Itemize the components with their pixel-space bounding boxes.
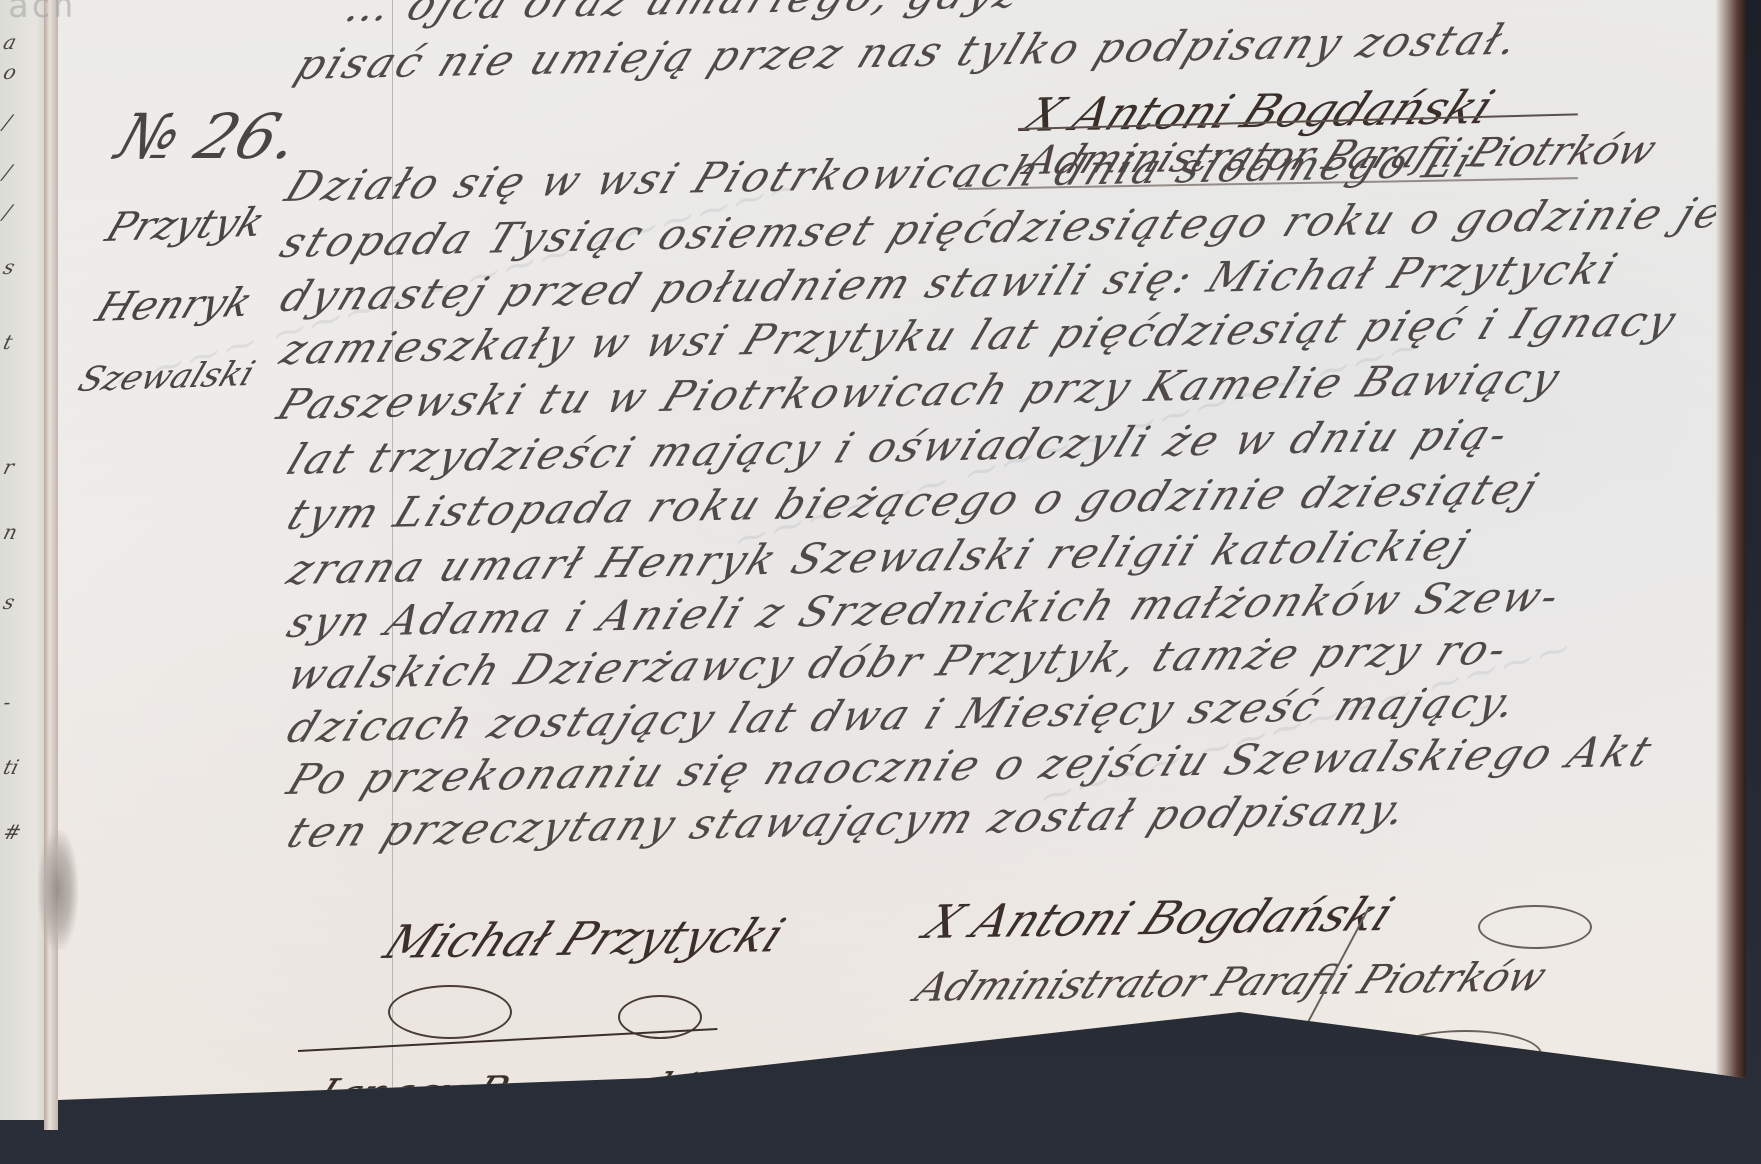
priest-signature: X Antoni Bogdański: [916, 887, 1403, 949]
paper-damage: [38, 830, 78, 950]
left-page-fragment: /: [1, 160, 14, 184]
margin-note-village: Przytyk: [100, 200, 272, 251]
left-page-fragment: s: [1, 255, 18, 279]
left-page-fragment: /: [1, 200, 14, 224]
watermark: ach: [8, 0, 75, 26]
book-gutter: [44, 0, 58, 1130]
signature-flourish-stroke: [298, 1028, 718, 1052]
witness-signature-1: Michał Przytycki: [376, 908, 794, 969]
left-page-fragment: -: [1, 690, 14, 714]
witness-signature-2: Ignacy Paszewski: [307, 1064, 704, 1119]
left-page-fragment: r: [1, 455, 17, 479]
left-page-fragment: o: [1, 60, 19, 84]
margin-note-surname: Szewalski: [73, 354, 261, 400]
left-page-fragment: t: [1, 330, 15, 354]
register-page: ~~~~ ~~~~~ ~~~ ~~~~~~ ~~~~~~ ~~~~ ~~~~~ …: [58, 0, 1746, 1100]
left-page-fragment: s: [1, 590, 18, 614]
entry-number: № 26.: [108, 100, 309, 173]
priest-title: Administrator Parafii Piotrków: [908, 954, 1553, 1011]
margin-note-first-name: Henryk: [90, 280, 259, 331]
signature-flourish: [1478, 905, 1592, 949]
signature-flourish: [1388, 1030, 1542, 1078]
left-page-fragment: #: [1, 820, 24, 844]
document-photo: a o / / / s t r n s - ti # ~~~~ ~~~~~ ~~…: [0, 0, 1761, 1164]
left-page-fragment: n: [1, 520, 20, 544]
left-page-fragment: a: [1, 30, 19, 54]
page-edge: [1716, 0, 1746, 1090]
signature-flourish: [388, 985, 512, 1039]
left-page-fragment: ti: [1, 755, 22, 779]
left-page-fragment: /: [1, 110, 14, 134]
